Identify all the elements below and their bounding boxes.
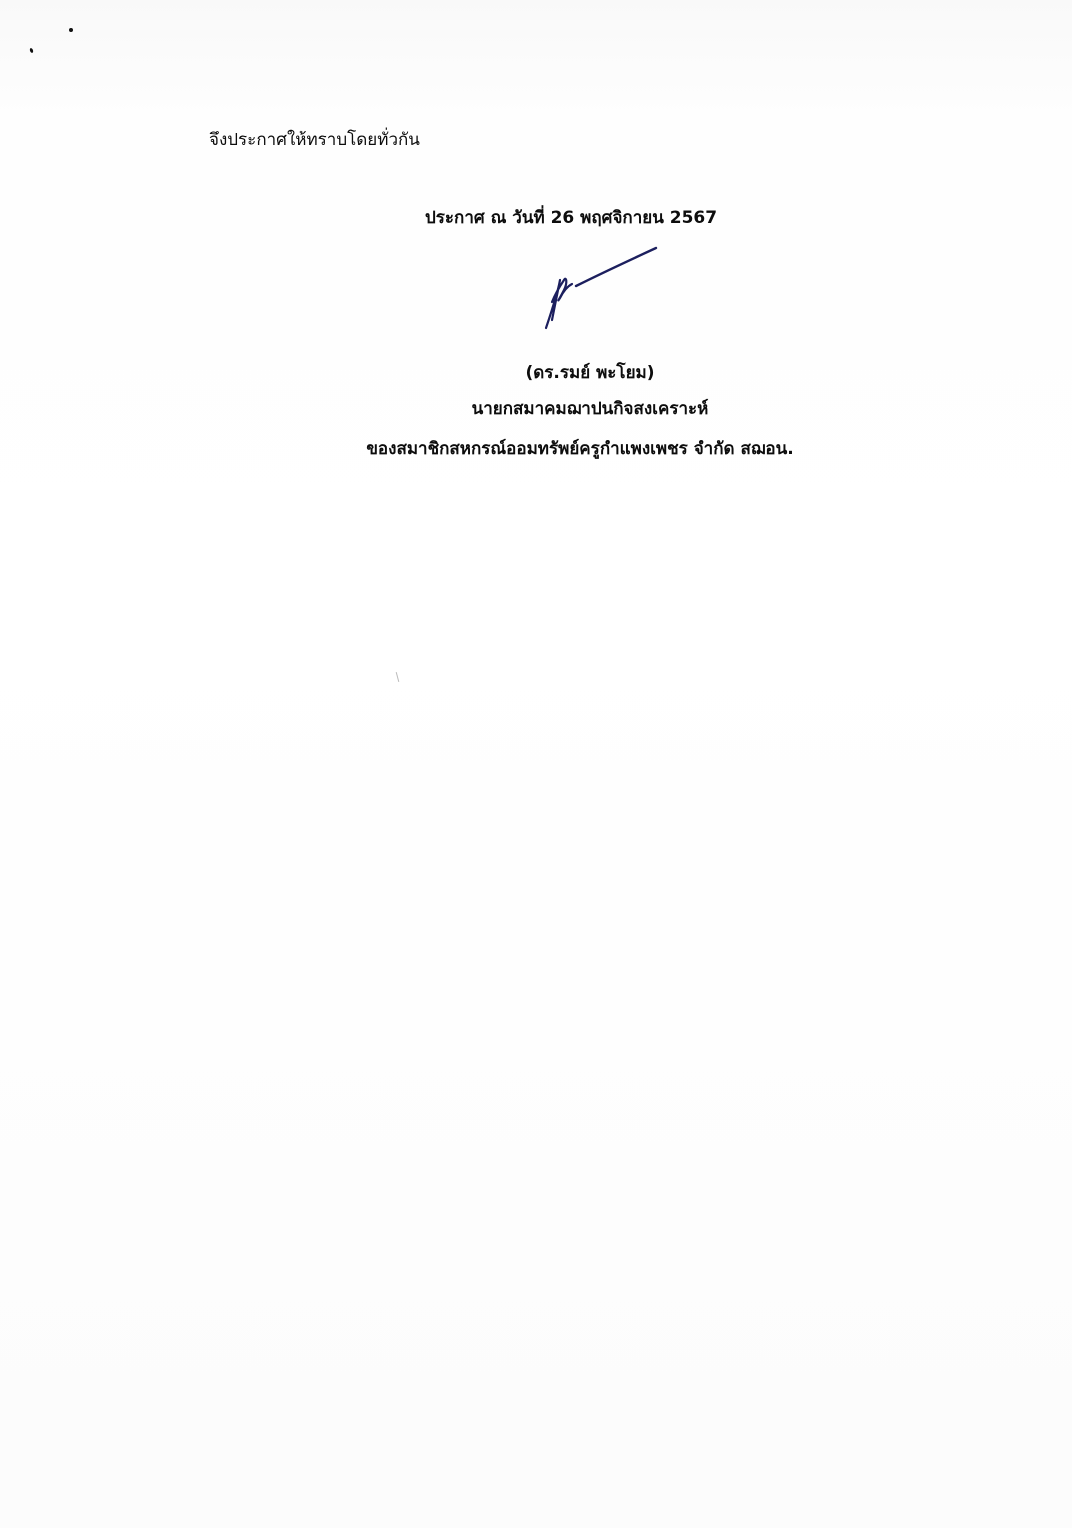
scan-speck bbox=[396, 672, 400, 682]
closing-statement: จึงประกาศให้ทราบโดยทั่วกัน bbox=[209, 128, 420, 152]
signatory-organization: ของสมาชิกสหกรณ์ออมทรัพย์ครูกำแพงเพชร จำก… bbox=[330, 437, 830, 461]
document-page: จึงประกาศให้ทราบโดยทั่วกัน ประกาศ ณ วันท… bbox=[0, 0, 1072, 1528]
signatory-name: (ดร.รมย์ พะโยม) bbox=[340, 361, 840, 385]
signature-icon bbox=[530, 242, 670, 337]
announcement-date: ประกาศ ณ วันที่ 26 พฤศจิกายน 2567 bbox=[425, 206, 717, 230]
scan-speck bbox=[69, 28, 73, 32]
signatory-position: นายกสมาคมฌาปนกิจสงเคราะห์ bbox=[340, 397, 840, 421]
scan-speck bbox=[29, 48, 34, 54]
